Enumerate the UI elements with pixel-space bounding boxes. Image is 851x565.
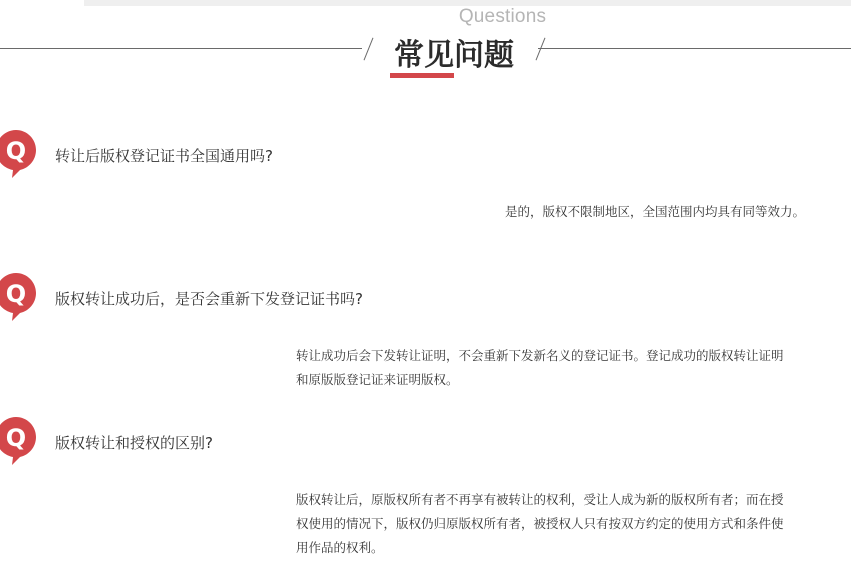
divider-right bbox=[538, 48, 851, 49]
answer-line: 和原版版登记证来证明版权。 bbox=[296, 368, 784, 392]
faq-question[interactable]: 版权转让成功后，是否会重新下发登记证书吗? bbox=[55, 288, 363, 309]
answer-line: 权使用的情况下，版权仍归原版权所有者，被授权人只有按双方约定的使用方式和条件使 bbox=[296, 512, 784, 536]
faq-question[interactable]: 版权转让和授权的区别? bbox=[55, 432, 213, 453]
svg-text:Q: Q bbox=[6, 424, 26, 452]
q-bubble-icon: Q bbox=[0, 128, 38, 180]
svg-text:Q: Q bbox=[6, 137, 26, 165]
answer-line: 用作品的权利。 bbox=[296, 536, 784, 560]
slash-right-decoration bbox=[536, 38, 546, 61]
section-title: 常见问题 bbox=[388, 30, 520, 74]
faq-question[interactable]: 转让后版权登记证书全国通用吗? bbox=[55, 145, 273, 166]
section-header: Questions 常见问题 bbox=[0, 0, 851, 90]
faq-answer: 转让成功后会下发转让证明，不会重新下发新名义的登记证书。登记成功的版权转让证明 … bbox=[296, 344, 784, 392]
answer-line: 是的，版权不限制地区，全国范围内均具有同等效力。 bbox=[505, 200, 805, 224]
q-bubble-icon: Q bbox=[0, 271, 38, 323]
section-subtitle: Questions bbox=[0, 6, 851, 28]
q-bubble-icon: Q bbox=[0, 415, 38, 467]
divider-left bbox=[0, 48, 362, 49]
answer-line: 转让成功后会下发转让证明，不会重新下发新名义的登记证书。登记成功的版权转让证明 bbox=[296, 344, 784, 368]
answer-line: 版权转让后，原版权所有者不再享有被转让的权利，受让人成为新的版权所有者；而在授 bbox=[296, 488, 784, 512]
svg-text:Q: Q bbox=[6, 280, 26, 308]
title-underline bbox=[390, 73, 454, 78]
faq-answer: 是的，版权不限制地区，全国范围内均具有同等效力。 bbox=[505, 200, 805, 224]
slash-left-decoration bbox=[364, 38, 374, 61]
faq-answer: 版权转让后，原版权所有者不再享有被转让的权利，受让人成为新的版权所有者；而在授 … bbox=[296, 488, 784, 560]
